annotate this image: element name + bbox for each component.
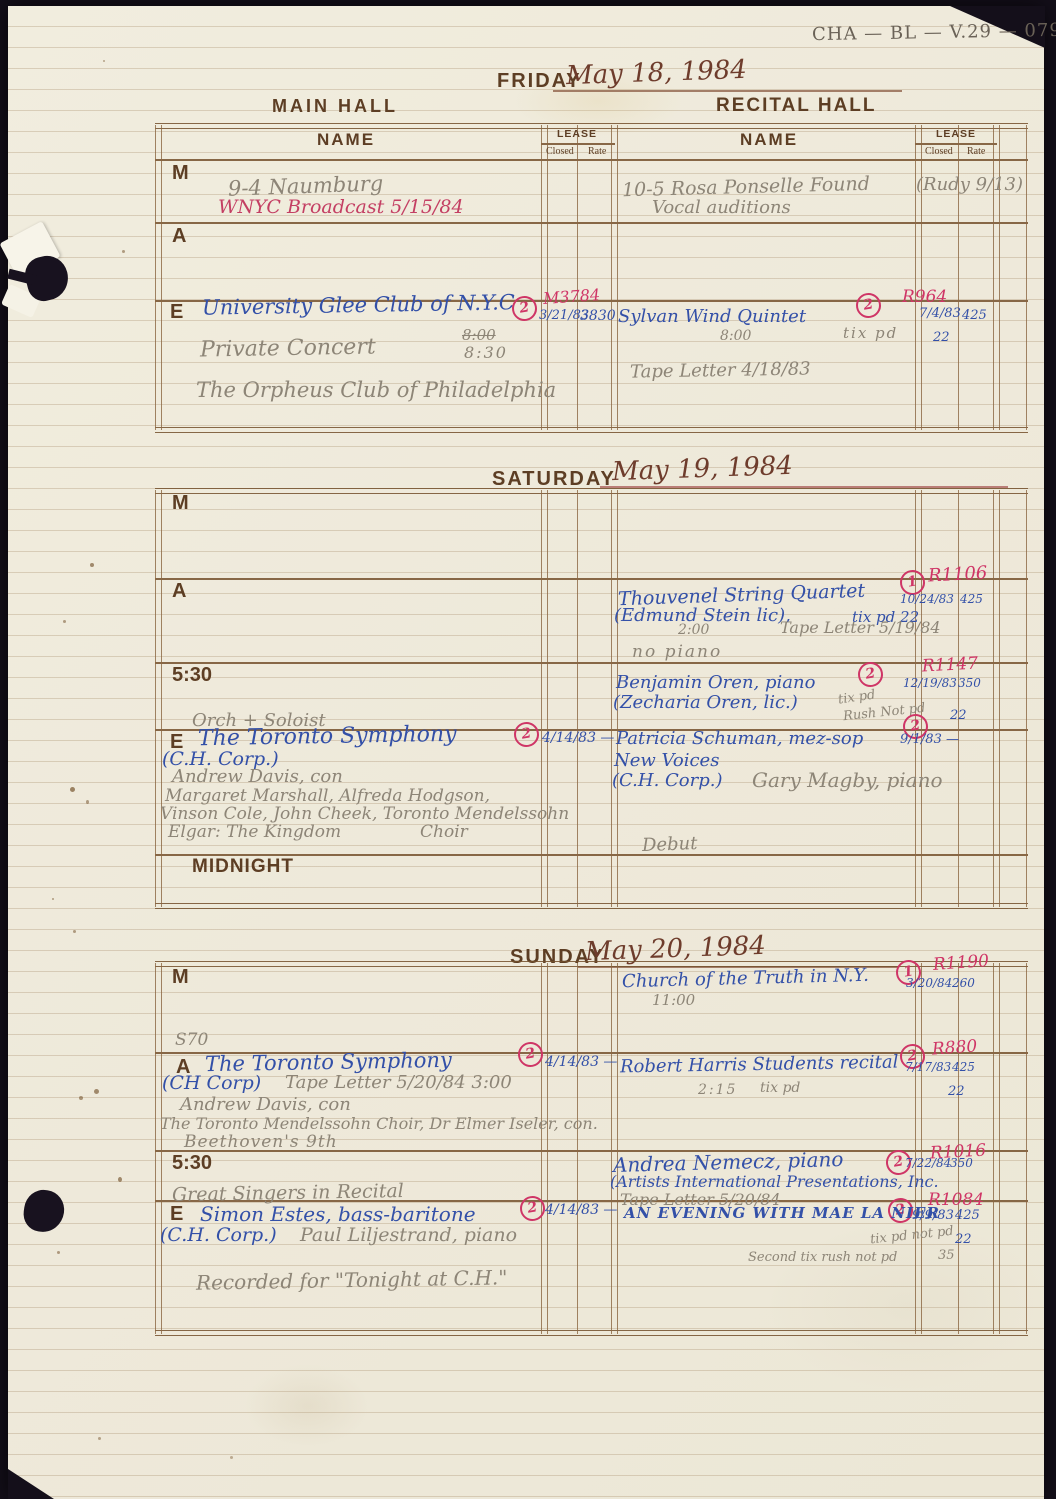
recital-hall-heading: RECITAL HALL [716,95,877,117]
row-label-m: M [172,162,189,185]
entry: 3830 [580,308,616,324]
entry: 22 [950,708,967,723]
entry: 7/22/84 [905,1156,951,1170]
speck [70,787,75,792]
table-hline [155,903,1028,909]
table-hline [155,488,1028,494]
entry: tix pd [760,1080,800,1096]
table-vline [915,125,922,430]
entry: 425 [960,592,983,606]
speck [86,800,89,804]
row-label-m: M [172,492,189,515]
entry: Sylvan Wind Quintet [618,306,806,327]
table-hline [155,222,1028,224]
entry: (C.H. Corp.) [160,1224,277,1246]
col-lease-recital: LEASE [936,128,976,140]
table-hline [155,1330,1028,1336]
entry: Tape Letter 4/18/83 [630,358,811,382]
table-hline [155,159,1028,161]
entry: tix pd [843,324,898,342]
table-hline [915,143,997,145]
table-vline [155,490,162,907]
row-label-a: A [172,580,186,603]
col-closed-recital: Closed [925,146,953,157]
entry: The Toronto Symphony [198,722,457,752]
table-vline [577,125,578,430]
table-vline [993,125,1000,430]
entry: WNYC Broadcast 5/15/84 [218,196,464,218]
speck [63,620,66,623]
entry: 9/9/83 [912,1208,954,1223]
row-label-a: A [172,225,186,248]
row-label-530: 5:30 [172,1152,212,1175]
day-date-saturday: May 19, 1984 [612,451,794,487]
date-underline [553,90,902,92]
entry: Vinson Cole, John Cheek, Toronto Mendels… [160,804,569,824]
row-label-midnight: MIDNIGHT [192,856,294,878]
entry: 12/19/83 [903,676,957,690]
entry: 4/14/83 — [545,1202,617,1218]
entry: 7/4/83 [919,306,961,321]
table-hline [155,578,1028,580]
bottom-corner-shade [8,1469,54,1499]
entry: Second tix rush not pd [748,1250,897,1265]
table-vline [1026,125,1027,430]
table-vline [155,963,162,1334]
entry: Paul Liljestrand, piano [300,1224,517,1246]
entry: 8:30 [464,343,508,362]
speck [230,1456,233,1459]
table-hline [155,662,1028,664]
speck [73,930,76,933]
entry: Andrew Davis, con [180,1094,351,1115]
col-lease-main: LEASE [557,128,597,140]
speck [52,898,54,900]
entry: R964 [902,287,947,307]
entry: Simon Estes, bass-baritone [200,1202,476,1226]
speck [103,60,105,62]
entry: 22 [933,330,950,345]
entry: Elgar: The Kingdom [168,822,341,842]
day-date-friday: May 18, 1984 [566,55,748,91]
entry: Beethoven's 9th [184,1132,338,1152]
table-vline [1026,963,1027,1334]
table-vline [541,963,548,1334]
speck [79,1096,83,1100]
entry: S70 [175,1030,208,1050]
table-vline [577,490,578,907]
speck [122,250,125,253]
table-hline [155,427,1028,433]
entry: (CH Corp) [162,1072,261,1094]
entry: M3784 [542,285,600,308]
row-label-m: M [172,966,189,989]
row-label-530: 5:30 [172,664,212,687]
table-vline [611,963,618,1334]
entry: R1147 [922,654,979,677]
table-vline [915,490,922,907]
entry: (Zecharia Oren, lic.) [613,692,798,713]
entry: Gary Magby, piano [752,768,943,792]
entry: 10/24/83 [900,592,954,606]
speck [118,1177,122,1182]
table-vline [1026,490,1027,907]
entry: 3/20/84 [906,976,952,990]
entry: 8:00 [462,326,496,344]
entry: 425 [955,1208,980,1223]
col-name-main: NAME [317,130,375,150]
entry: 8:00 [720,328,751,344]
col-rate-recital: Rate [967,146,985,157]
entry: 2:00 [678,622,709,638]
archive-code: CHA — BL — V.29 — 079 [812,20,1056,45]
entry: 35 [938,1248,955,1263]
entry: New Voices [614,750,719,771]
main-hall-heading: MAIN HALL [272,96,398,117]
entry: 425 [962,308,987,323]
entry: 9/1/83 — [900,732,959,747]
row-label-e: E [170,1203,183,1226]
entry: Margaret Marshall, Alfreda Hodgson, [165,786,490,806]
speck [98,1437,101,1440]
table-vline [915,963,922,1334]
table-vline [611,125,618,430]
scanned-ledger-page: CHA — BL — V.29 — 079 FRIDAY May 18, 198… [0,0,1056,1499]
entry: The Orpheus Club of Philadelphia [196,378,556,402]
entry: Debut [642,833,698,856]
entry: 350 [950,1156,973,1170]
entry: R880 [931,1036,978,1059]
table-vline [958,490,959,907]
entry: 22 [955,1232,972,1247]
row-label-e: E [170,301,183,324]
entry: (Rudy 9/13) [916,174,1023,195]
entry: Choir [420,822,468,842]
entry: Benjamin Oren, piano [616,672,815,693]
table-vline [577,963,578,1334]
entry: 260 [952,976,975,990]
entry: 4/14/83 — [545,1054,617,1070]
speck [90,563,94,567]
entry: Private Concert [200,334,376,362]
entry: 425 [952,1060,975,1074]
entry: 2:15 [698,1082,737,1098]
entry: 22 [948,1084,965,1099]
entry: Tape Letter 5/20/84 3:00 [285,1072,512,1093]
entry: Patricia Schuman, mez-sop [616,728,863,749]
entry: (Artists International Presentations, In… [610,1172,939,1191]
table-vline [958,125,959,430]
entry: (C.H. Corp.) [612,770,723,791]
entry: R1106 [927,562,987,586]
entry: 350 [958,676,981,690]
entry: Andrew Davis, con [172,766,343,787]
entry: AN EVENING WITH MAE LA NIER [624,1204,940,1222]
col-name-recital: NAME [740,130,798,150]
col-rate-main: Rate [588,146,606,157]
entry: The Toronto Mendelssohn Choir, Dr Elmer … [160,1114,598,1133]
entry: 11:00 [652,991,695,1009]
table-vline [541,490,548,907]
entry: no piano [632,642,722,662]
table-vline [155,125,162,430]
speck [94,1089,99,1094]
col-closed-main: Closed [546,146,574,157]
table-vline [993,963,1000,1334]
entry: R1190 [932,951,989,975]
entry: 4/14/83 — [542,730,614,746]
speck [57,1251,60,1254]
entry: Tape Letter 5/19/84 [780,618,941,637]
table-vline [993,490,1000,907]
entry: 7/17/83 [905,1060,951,1074]
entry: Vocal auditions [652,197,791,218]
